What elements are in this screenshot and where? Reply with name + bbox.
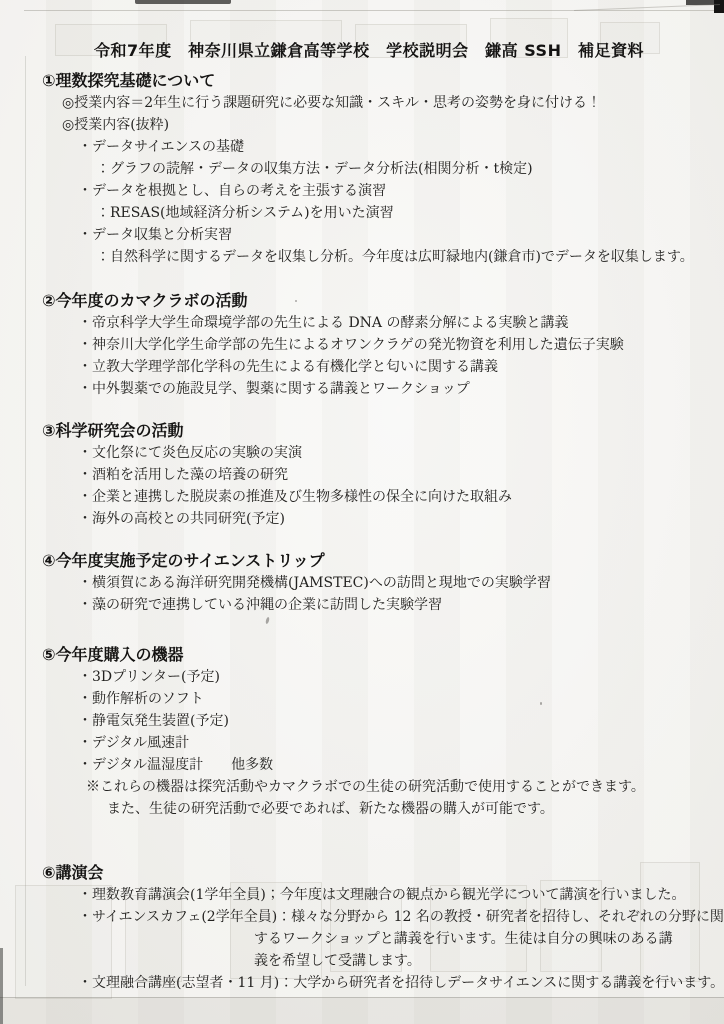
doc-line: ・企業と連携した脱炭素の推進及び生物多様性の保全に向けた取組み bbox=[0, 486, 724, 508]
doc-line: ・デジタル温湿度計 他多数 bbox=[0, 754, 724, 776]
section-heading: ③科学研究会の活動 bbox=[42, 420, 724, 442]
document-sections: ①理数探究基礎について◎授業内容＝2年生に行う課題研究に必要な知識・スキル・思考… bbox=[0, 70, 724, 994]
section-heading: ②今年度のカマクラボの活動 bbox=[42, 290, 724, 312]
doc-line: ・横須賀にある海洋研究開発機構(JAMSTEC)への訪問と現地での実験学習 bbox=[0, 572, 724, 594]
doc-line: ・デジタル風速計 bbox=[0, 732, 724, 754]
doc-line: ・帝京科学大学生命環境学部の先生による DNA の酵素分解による実験と講義 bbox=[0, 312, 724, 334]
document-title: 令和7年度 神奈川県立鎌倉高等学校 学校説明会 鎌高 SSH 補足資料 bbox=[0, 40, 724, 62]
doc-line: ・動作解析のソフト bbox=[0, 688, 724, 710]
scanned-document-page: 令和7年度 神奈川県立鎌倉高等学校 学校説明会 鎌高 SSH 補足資料 ①理数探… bbox=[0, 0, 724, 1024]
doc-line: ・サイエンスカフェ(2学年全員)：様々な分野から 12 名の教授・研究者を招待し… bbox=[0, 906, 724, 928]
doc-line: ・酒粕を活用した藻の培養の研究 bbox=[0, 464, 724, 486]
doc-line: ◎授業内容(抜粋) bbox=[0, 114, 724, 136]
doc-line: するワークショップと講義を行います。生徒は自分の興味のある講 bbox=[0, 928, 724, 950]
doc-line: ：自然科学に関するデータを収集し分析。今年度は広町緑地内(鎌倉市)でデータを収集… bbox=[0, 246, 724, 268]
doc-line: ・文化祭にて炎色反応の実験の実演 bbox=[0, 442, 724, 464]
doc-line: ・神奈川大学化学生命学部の先生によるオワンクラゲの発光物資を利用した遺伝子実験 bbox=[0, 334, 724, 356]
doc-line: ◎授業内容＝2年生に行う課題研究に必要な知識・スキル・思考の姿勢を身に付ける！ bbox=[0, 92, 724, 114]
doc-line: ・藻の研究で連携している沖縄の企業に訪問した実験学習 bbox=[0, 594, 724, 616]
doc-line: ・立教大学理学部化学科の先生による有機化学と匂いに関する講義 bbox=[0, 356, 724, 378]
doc-line: ・文理融合講座(志望者・11 月)：大学から研究者を招待しデータサイエンスに関す… bbox=[0, 972, 724, 994]
doc-line: ：RESAS(地域経済分析システム)を用いた演習 bbox=[0, 202, 724, 224]
scan-bottom-shade bbox=[0, 998, 724, 1024]
doc-line: ・理数教育講演会(1学年全員)；今年度は文理融合の観点から観光学について講演を行… bbox=[0, 884, 724, 906]
doc-line: ・中外製薬での施設見学、製薬に関する講義とワークショップ bbox=[0, 378, 724, 400]
doc-line: ・データサイエンスの基礎 bbox=[0, 136, 724, 158]
section-heading: ⑥講演会 bbox=[42, 862, 724, 884]
section-heading: ⑤今年度購入の機器 bbox=[42, 644, 724, 666]
doc-line: ※これらの機器は探究活動やカマクラボでの生徒の研究活動で使用することができます。 bbox=[0, 776, 724, 798]
doc-line: ・3Dプリンター(予定) bbox=[0, 666, 724, 688]
section-heading: ①理数探究基礎について bbox=[42, 70, 724, 92]
doc-line: ・データを根拠とし、自らの考えを主張する演習 bbox=[0, 180, 724, 202]
doc-line: ・静電気発生装置(予定) bbox=[0, 710, 724, 732]
doc-line: ・データ収集と分析実習 bbox=[0, 224, 724, 246]
section-heading: ④今年度実施予定のサイエンストリップ bbox=[42, 550, 724, 572]
doc-line: ：グラフの読解・データの収集方法・データ分析法(相関分析・t検定) bbox=[0, 158, 724, 180]
document-content: 令和7年度 神奈川県立鎌倉高等学校 学校説明会 鎌高 SSH 補足資料 ①理数探… bbox=[0, 0, 724, 994]
doc-line: 義を希望して受講します。 bbox=[0, 950, 724, 972]
doc-line: また、生徒の研究活動で必要であれば、新たな機器の購入が可能です。 bbox=[0, 798, 724, 820]
doc-line: ・海外の高校との共同研究(予定) bbox=[0, 508, 724, 530]
